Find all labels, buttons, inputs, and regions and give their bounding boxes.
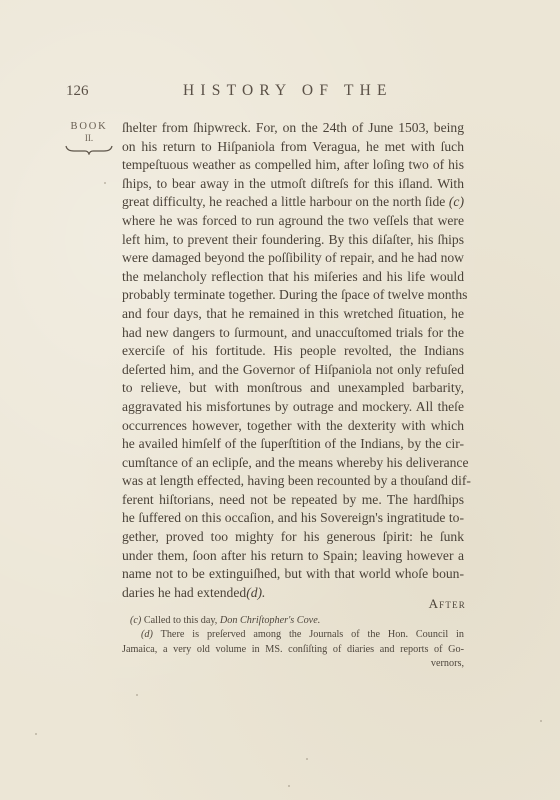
- body-line: probably terminate together. During the …: [122, 286, 464, 305]
- footnote-line: (d) There is preſerved among the Journal…: [130, 628, 464, 642]
- footnote-text: Called to this day,: [144, 615, 217, 626]
- paper-speck: [136, 694, 138, 696]
- running-head: 126 HISTORY OF THE: [0, 83, 560, 107]
- footnote-text: There is preſerved among the Journals of…: [161, 629, 464, 640]
- body-line: aggravated his misfortunes by outrage an…: [122, 398, 464, 417]
- body-line: on his return to Hiſpaniola from Veragua…: [122, 138, 464, 157]
- body-line: left him, to prevent their foundering. B…: [122, 231, 464, 250]
- body-line: ſhips, to bear away in the utmoſt diſtre…: [122, 175, 464, 194]
- body-line: under them, ſoon after his return to Spa…: [122, 547, 464, 566]
- body-line: great difficulty, he reached a little ha…: [122, 193, 464, 212]
- body-line: he ſuffered on this occaſion, and his So…: [122, 509, 464, 528]
- footnote-label: (d): [141, 629, 153, 640]
- paper-speck: [540, 720, 542, 722]
- body-line: ferent hiſtorians, need not be repeated …: [122, 491, 464, 510]
- body-line: daries he had extended(d).: [122, 584, 464, 603]
- body-line: and four days, that he remained in this …: [122, 305, 464, 324]
- body-line: cumſtance of an eclipſe, and the means w…: [122, 454, 464, 473]
- body-line: to relieve, but with monſtrous and unexa…: [122, 379, 464, 398]
- running-title: HISTORY OF THE: [183, 82, 393, 100]
- footnote-italic: Don Chriſtopher's Cove.: [220, 615, 320, 626]
- margin-note: BOOK II.: [64, 121, 114, 155]
- body-text: ſhelter from ſhipwreck. For, on the 24th…: [122, 119, 464, 602]
- footnote-line: vernors,: [130, 657, 464, 671]
- body-line-text: great difficulty, he reached a little ha…: [122, 194, 445, 209]
- body-line: were damaged beyond the poſſibility of r…: [122, 249, 464, 268]
- body-line: he availed himſelf of the ſuperſtition o…: [122, 435, 464, 454]
- body-line: tempeſtuous weather as compelled him, af…: [122, 156, 464, 175]
- brace-ornament-icon: [64, 145, 114, 155]
- paper-speck: [288, 785, 290, 787]
- body-line: the melancholy reflection that his miſer…: [122, 268, 464, 287]
- body-line: gether, proved too mighty for his genero…: [122, 528, 464, 547]
- book-label: BOOK: [64, 121, 114, 132]
- paper-speck: [306, 758, 308, 760]
- footnote-line: Jamaica, a very old volume in MS. conſiſ…: [122, 643, 464, 657]
- page-number: 126: [66, 83, 89, 100]
- paper-speck: [35, 733, 37, 735]
- body-line: had new dangers to ſurmount, and unaccuſ…: [122, 324, 464, 343]
- footnote-label: (c): [130, 615, 141, 626]
- body-line: ſhelter from ſhipwreck. For, on the 24th…: [122, 119, 464, 138]
- body-line-text: daries he had extended: [122, 585, 246, 600]
- book-number: II.: [64, 133, 114, 143]
- body-line: exerciſe of his fortitude. His people re…: [122, 342, 464, 361]
- footnote-d: (d) There is preſerved among the Journal…: [130, 628, 464, 671]
- body-line: where he was forced to run aground the t…: [122, 212, 464, 231]
- paper-speck: [104, 182, 106, 184]
- body-line: deſerted him, and the Governor of Hiſpan…: [122, 361, 464, 380]
- body-line: name not to be extinguiſhed, but with th…: [122, 565, 464, 584]
- footnotes: (c) Called to this day, Don Chriſtopher'…: [130, 614, 464, 672]
- body-line: was at length effected, having been reco…: [122, 472, 464, 491]
- footnote-ref-d[interactable]: (d).: [246, 585, 265, 600]
- catchword: After: [429, 596, 466, 612]
- body-line: occurrences however, together with the d…: [122, 417, 464, 436]
- footnote-c: (c) Called to this day, Don Chriſtopher'…: [130, 614, 464, 628]
- footnote-ref-c[interactable]: (c): [449, 194, 464, 209]
- book-page: 126 HISTORY OF THE BOOK II. ſhelter from…: [0, 0, 560, 800]
